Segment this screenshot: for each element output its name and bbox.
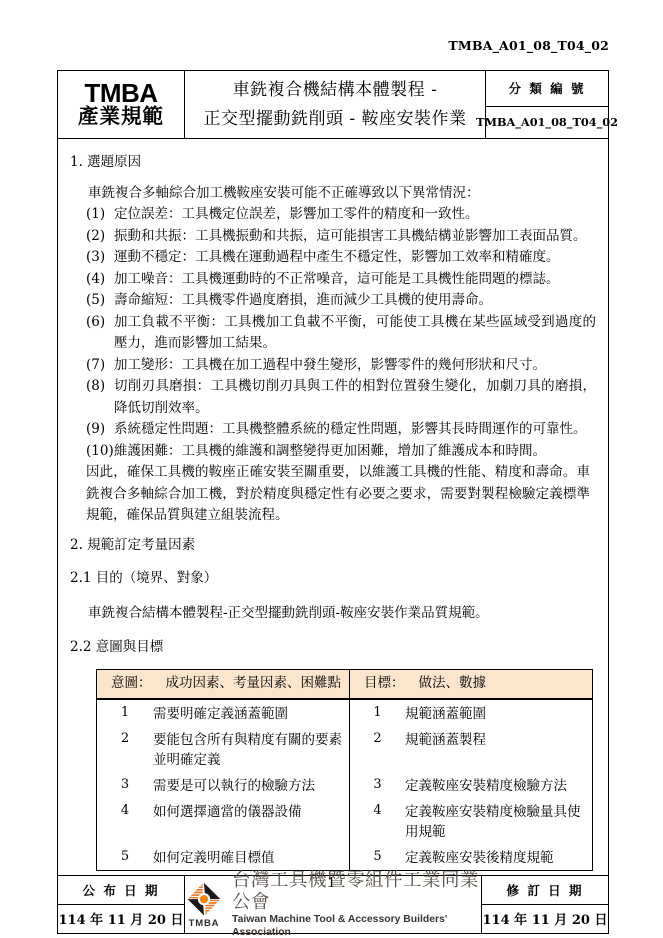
list-item: (2) 振動和共振：工具機振動和共振，這可能損害工具機結構並影響加工表面品質。: [86, 226, 596, 248]
section1-intro: 車銑複合多軸綜合加工機鞍座安裝可能不正確導致以下異常情況：: [88, 183, 596, 205]
list-item-number: (2): [86, 226, 114, 248]
list-item: (3) 運動不穩定：工具機在運動過程中產生不穩定性，影響加工效率和精確度。: [86, 247, 596, 269]
page-number: 1: [0, 876, 663, 891]
list-item: (1) 定位誤差：工具機定位誤差，影響加工零件的精度和一致性。: [86, 204, 596, 226]
list-item-text: 維護困難：工具機的維護和調整變得更加困難，增加了維護成本和時間。: [114, 441, 596, 463]
header-table: TMBA 產業規範 車銑複合機結構本體製程 - 正交型擺動銑削頭 - 鞍座安裝作…: [57, 70, 609, 139]
classification-cell: 分 類 編 號 TMBA_A01_08_T04_02: [485, 71, 608, 138]
goal-cell: 定義鞍座安裝後精度規範: [405, 844, 592, 870]
intent-cell: 要能包含所有與精度有關的要素並明確定義: [153, 726, 349, 772]
section2-heading: 2. 規範訂定考量因素: [70, 535, 596, 557]
document-frame: TMBA 產業規範 車銑複合機結構本體製程 - 正交型擺動銑削頭 - 鞍座安裝作…: [57, 70, 609, 934]
list-item-text: 加工噪音：工具機運動時的不正常噪音，這可能是工具機性能問題的標誌。: [114, 269, 596, 291]
table-row: 3 需要是可以執行的檢驗方法 3 定義鞍座安裝精度檢驗方法: [97, 772, 592, 798]
association-name-en: Taiwan Machine Tool & Accessory Builders…: [232, 913, 481, 938]
goal-cell: 定義鞍座安裝精度檢驗量具使用規範: [405, 798, 592, 844]
goal-label: 目標：: [364, 675, 405, 691]
section1-conclusion: 因此，確保工具機的鞍座正確安裝至關重要，以維護工具機的性能、精度和壽命。車銑複合…: [86, 462, 590, 527]
list-item-number: (1): [86, 204, 114, 226]
list-item-text: 系統穩定性問題：工具機整體系統的穩定性問題，影響其長時間運作的可靠性。: [114, 419, 596, 441]
document-title-line1: 車銑複合機結構本體製程 -: [233, 76, 438, 105]
list-item: (4) 加工噪音：工具機運動時的不正常噪音，這可能是工具機性能問題的標誌。: [86, 269, 596, 291]
list-item-text: 加工變形：工具機在加工過程中發生變形，影響零件的幾何形狀和尺寸。: [114, 355, 596, 377]
list-item-text: 運動不穩定：工具機在運動過程中產生不穩定性，影響加工效率和精確度。: [114, 247, 596, 269]
list-item-number: (8): [86, 376, 114, 419]
table-row: 1 需要明確定義涵蓋範圍 1 規範涵蓋範圍: [97, 700, 592, 726]
list-item-text: 切削刃具磨損：工具機切削刃具與工件的相對位置發生變化，加劇刀具的磨損，降低切削效…: [114, 376, 596, 419]
intent-row-number: 2: [97, 726, 153, 772]
list-item: (8) 切削刃具磨損：工具機切削刃具與工件的相對位置發生變化，加劇刀具的磨損，降…: [86, 376, 596, 419]
intent-header-text: 成功因素、考量因素、困難點: [166, 675, 342, 691]
goal-row-number: 1: [349, 700, 405, 726]
list-item-number: (5): [86, 290, 114, 312]
document-page: TMBA_A01_08_T04_02 TMBA 產業規範 車銑複合機結構本體製程…: [0, 0, 663, 938]
intent-cell: 需要明確定義涵蓋範圍: [153, 700, 349, 726]
goal-cell: 規範涵蓋範圍: [405, 700, 592, 726]
intent-cell: 如何選擇適當的儀器設備: [153, 798, 349, 844]
tmba-footer-logo-text: TMBA: [189, 918, 220, 929]
list-item: (10) 維護困難：工具機的維護和調整變得更加困難，增加了維護成本和時間。: [86, 441, 596, 463]
intent-header-cell: 意圖：成功因素、考量因素、困難點: [97, 670, 349, 699]
goal-row-number: 4: [349, 798, 405, 844]
goal-header-cell: 目標：做法、數據: [349, 670, 592, 699]
tmba-logotype: TMBA 產業規範: [58, 71, 185, 138]
table-row: 5 如何定義明確目標值 5 定義鞍座安裝後精度規範: [97, 844, 592, 870]
intent-goal-table-header: 意圖：成功因素、考量因素、困難點 目標：做法、數據: [97, 670, 592, 701]
list-item: (9) 系統穩定性問題：工具機整體系統的穩定性問題，影響其長時間運作的可靠性。: [86, 419, 596, 441]
list-item: (5) 壽命縮短：工具機零件過度磨損，進而減少工具機的使用壽命。: [86, 290, 596, 312]
intent-goal-table: 意圖：成功因素、考量因素、困難點 目標：做法、數據 1 需要明確定義涵蓋範圍 1…: [96, 669, 593, 872]
content-box: 1. 選題原因 車銑複合多軸綜合加工機鞍座安裝可能不正確導致以下異常情況： (1…: [57, 139, 609, 876]
list-item-text: 振動和共振：工具機振動和共振，這可能損害工具機結構並影響加工表面品質。: [114, 226, 596, 248]
goal-row-number: 5: [349, 844, 405, 870]
revision-date-value: 114 年 11 月 20 日: [482, 905, 608, 933]
list-item-number: (10): [86, 441, 114, 463]
goal-cell: 規範涵蓋製程: [405, 726, 592, 772]
section22-heading: 2.2 意圖與目標: [70, 637, 596, 659]
section21-heading: 2.1 目的（境界、對象）: [70, 568, 596, 590]
list-item-number: (7): [86, 355, 114, 377]
section1-heading: 1. 選題原因: [70, 152, 596, 174]
list-item-number: (3): [86, 247, 114, 269]
intent-row-number: 5: [97, 844, 153, 870]
tmba-subtitle: 產業規範: [78, 105, 164, 129]
goal-cell: 定義鞍座安裝精度檢驗方法: [405, 772, 592, 798]
list-item: (6) 加工負載不平衡：工具機加工負載不平衡，可能使工具機在某些區域受到過度的壓…: [86, 312, 596, 355]
table-row: 4 如何選擇適當的儀器設備 4 定義鞍座安裝精度檢驗量具使用規範: [97, 798, 592, 844]
intent-row-number: 3: [97, 772, 153, 798]
list-item-number: (9): [86, 419, 114, 441]
document-code-header: TMBA_A01_08_T04_02: [448, 38, 609, 53]
list-item-number: (4): [86, 269, 114, 291]
document-title-line2: 正交型擺動銑削頭 - 鞍座安裝作業: [203, 105, 466, 134]
list-item-number: (6): [86, 312, 114, 355]
classification-label: 分 類 編 號: [486, 71, 608, 107]
classification-code: TMBA_A01_08_T04_02: [486, 107, 608, 138]
section21-text: 車銑複合結構本體製程-正交型擺動銑削頭-鞍座安裝作業品質規範。: [88, 603, 596, 625]
intent-cell: 需要是可以執行的檢驗方法: [153, 772, 349, 798]
goal-header-text: 做法、數據: [419, 675, 487, 691]
tmba-acronym: TMBA: [84, 81, 157, 105]
goal-row-number: 2: [349, 726, 405, 772]
intent-row-number: 4: [97, 798, 153, 844]
intent-cell: 如何定義明確目標值: [153, 844, 349, 870]
list-item-text: 加工負載不平衡：工具機加工負載不平衡，可能使工具機在某些區域受到過度的壓力，進而…: [114, 312, 596, 355]
intent-label: 意圖：: [111, 675, 152, 691]
abnormal-condition-list: (1) 定位誤差：工具機定位誤差，影響加工零件的精度和一致性。 (2) 振動和共…: [86, 204, 596, 462]
document-title: 車銑複合機結構本體製程 - 正交型擺動銑削頭 - 鞍座安裝作業: [185, 71, 485, 138]
intent-row-number: 1: [97, 700, 153, 726]
publish-date-value: 114 年 11 月 20 日: [58, 905, 184, 933]
list-item-text: 定位誤差：工具機定位誤差，影響加工零件的精度和一致性。: [114, 204, 596, 226]
table-row: 2 要能包含所有與精度有關的要素並明確定義 2 規範涵蓋製程: [97, 726, 592, 772]
list-item: (7) 加工變形：工具機在加工過程中發生變形，影響零件的幾何形狀和尺寸。: [86, 355, 596, 377]
goal-row-number: 3: [349, 772, 405, 798]
list-item-text: 壽命縮短：工具機零件過度磨損，進而減少工具機的使用壽命。: [114, 290, 596, 312]
